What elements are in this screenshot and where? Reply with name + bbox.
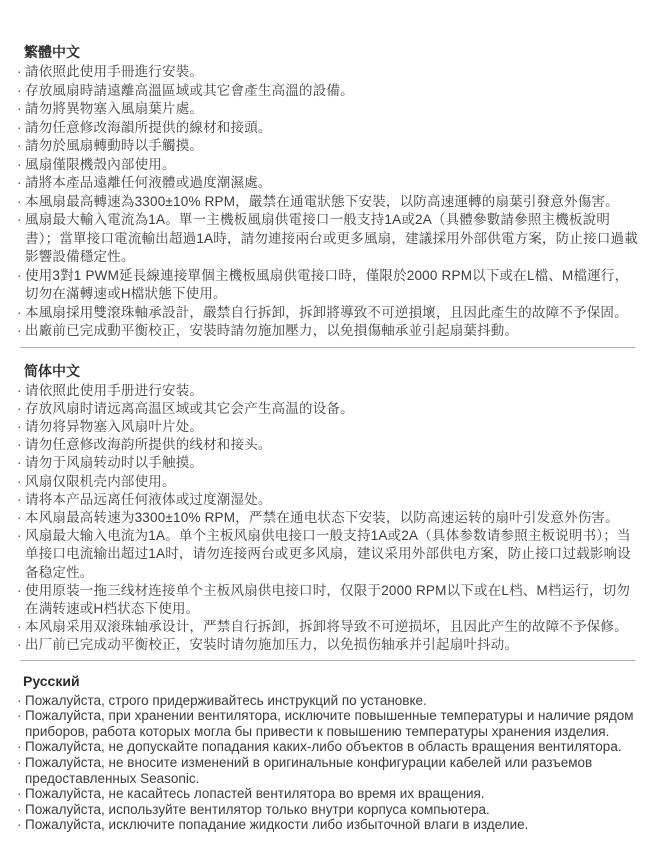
- instruction-item: Пожалуйста, используйте вентилятор тольк…: [18, 802, 639, 818]
- instruction-item: 风扇最大输入电流为1A。单个主板风扇供电接口一般支持1A或2A（具体参数请参照主…: [18, 527, 639, 582]
- instruction-item: 存放风扇时请远离高温区域或其它会产生高温的设备。: [18, 400, 639, 418]
- instruction-item: 请依照此使用手册进行安装。: [18, 382, 639, 400]
- instruction-item: 本风扇最高转速为3300±10% RPM，严禁在通电状态下安装，以防高速运转的扇…: [18, 509, 639, 527]
- instruction-item: 本风扇采用双滚珠轴承设计，严禁自行拆卸，拆卸将导致不可逆损坏，且因此产生的故障不…: [18, 618, 639, 636]
- instruction-item: 使用3對1 PWM延長線連接單個主機板風扇供電接口時，僅限於2000 RPM以下…: [18, 267, 639, 304]
- instruction-list-russian: Пожалуйста, строго придерживайтесь инстр…: [18, 693, 639, 833]
- instruction-item: 存放風扇時請遠離高溫區域或其它會產生高溫的設備。: [18, 82, 639, 101]
- instruction-item: Пожалуйста, не вносите изменений в ориги…: [18, 755, 639, 786]
- instruction-item: 請依照此使用手冊進行安裝。: [18, 63, 639, 82]
- instruction-item: 使用原装一拖三线材连接单个主板风扇供电接口时，仅限于2000 RPM以下或在L档…: [18, 582, 639, 618]
- section-divider: [20, 347, 635, 348]
- section-russian: Русский Пожалуйста, строго придерживайте…: [18, 674, 639, 833]
- instruction-item: Пожалуйста, строго придерживайтесь инстр…: [18, 693, 639, 709]
- section-simplified-chinese: 简体中文 请依照此使用手册进行安装。 存放风扇时请远离高温区域或其它会产生高温的…: [18, 364, 639, 655]
- instruction-item: 请将本产品远离任何液体或过度潮湿处。: [18, 491, 639, 509]
- instruction-item: 请勿于风扇转动时以手触摸。: [18, 454, 639, 472]
- instruction-item: Пожалуйста, при хранении вентилятора, ис…: [18, 708, 639, 739]
- instruction-item: 出廠前已完成動平衡校正，安裝時請勿施加壓力，以免損傷軸承並引起扇葉抖動。: [18, 322, 639, 341]
- instruction-item: 请勿任意修改海韵所提供的线材和接头。: [18, 436, 639, 454]
- section-title-simplified-chinese: 简体中文: [24, 364, 639, 378]
- instruction-item: 风扇仅限机壳内部使用。: [18, 473, 639, 491]
- section-traditional-chinese: 繁體中文 請依照此使用手冊進行安裝。 存放風扇時請遠離高溫區域或其它會產生高溫的…: [18, 45, 639, 341]
- instruction-item: 風扇最大輸入電流為1A。單一主機板風扇供電接口一般支持1A或2A（具體參數請參照…: [18, 211, 639, 267]
- instruction-item: 風扇僅限機殼內部使用。: [18, 156, 639, 175]
- instruction-item: Пожалуйста, исключите попадание жидкости…: [18, 817, 639, 833]
- instruction-item: 请勿将异物塞入风扇叶片处。: [18, 418, 639, 436]
- instruction-item: 本風扇採用雙滾珠軸承設計，嚴禁自行拆卸，拆卸將導致不可逆損壞，且因此產生的故障不…: [18, 304, 639, 323]
- instruction-list-simplified-chinese: 请依照此使用手册进行安装。 存放风扇时请远离高温区域或其它会产生高温的设备。 请…: [18, 382, 639, 655]
- instruction-item: 請將本產品遠離任何液體或過度潮濕處。: [18, 174, 639, 193]
- instruction-item: 請勿於風扇轉動時以手觸摸。: [18, 137, 639, 156]
- instruction-item: 請勿任意修改海韻所提供的線材和接頭。: [18, 119, 639, 138]
- manual-page: { "page": { "background_color": "#ffffff…: [0, 0, 652, 862]
- section-title-traditional-chinese: 繁體中文: [24, 45, 639, 59]
- section-divider: [20, 660, 635, 661]
- section-title-russian: Русский: [23, 674, 639, 688]
- instruction-item: Пожалуйста, не касайтесь лопастей вентил…: [18, 786, 639, 802]
- instruction-item: 請勿將異物塞入風扇葉片處。: [18, 100, 639, 119]
- instruction-item: 本風扇最高轉速為3300±10% RPM，嚴禁在通電狀態下安裝，以防高速運轉的扇…: [18, 193, 639, 212]
- instruction-list-traditional-chinese: 請依照此使用手冊進行安裝。 存放風扇時請遠離高溫區域或其它會產生高溫的設備。 請…: [18, 63, 639, 341]
- instruction-item: Пожалуйста, не допускайте попадания каки…: [18, 739, 639, 755]
- instruction-item: 出厂前已完成动平衡校正，安装时请勿施加压力，以免损伤轴承并引起扇叶抖动。: [18, 636, 639, 654]
